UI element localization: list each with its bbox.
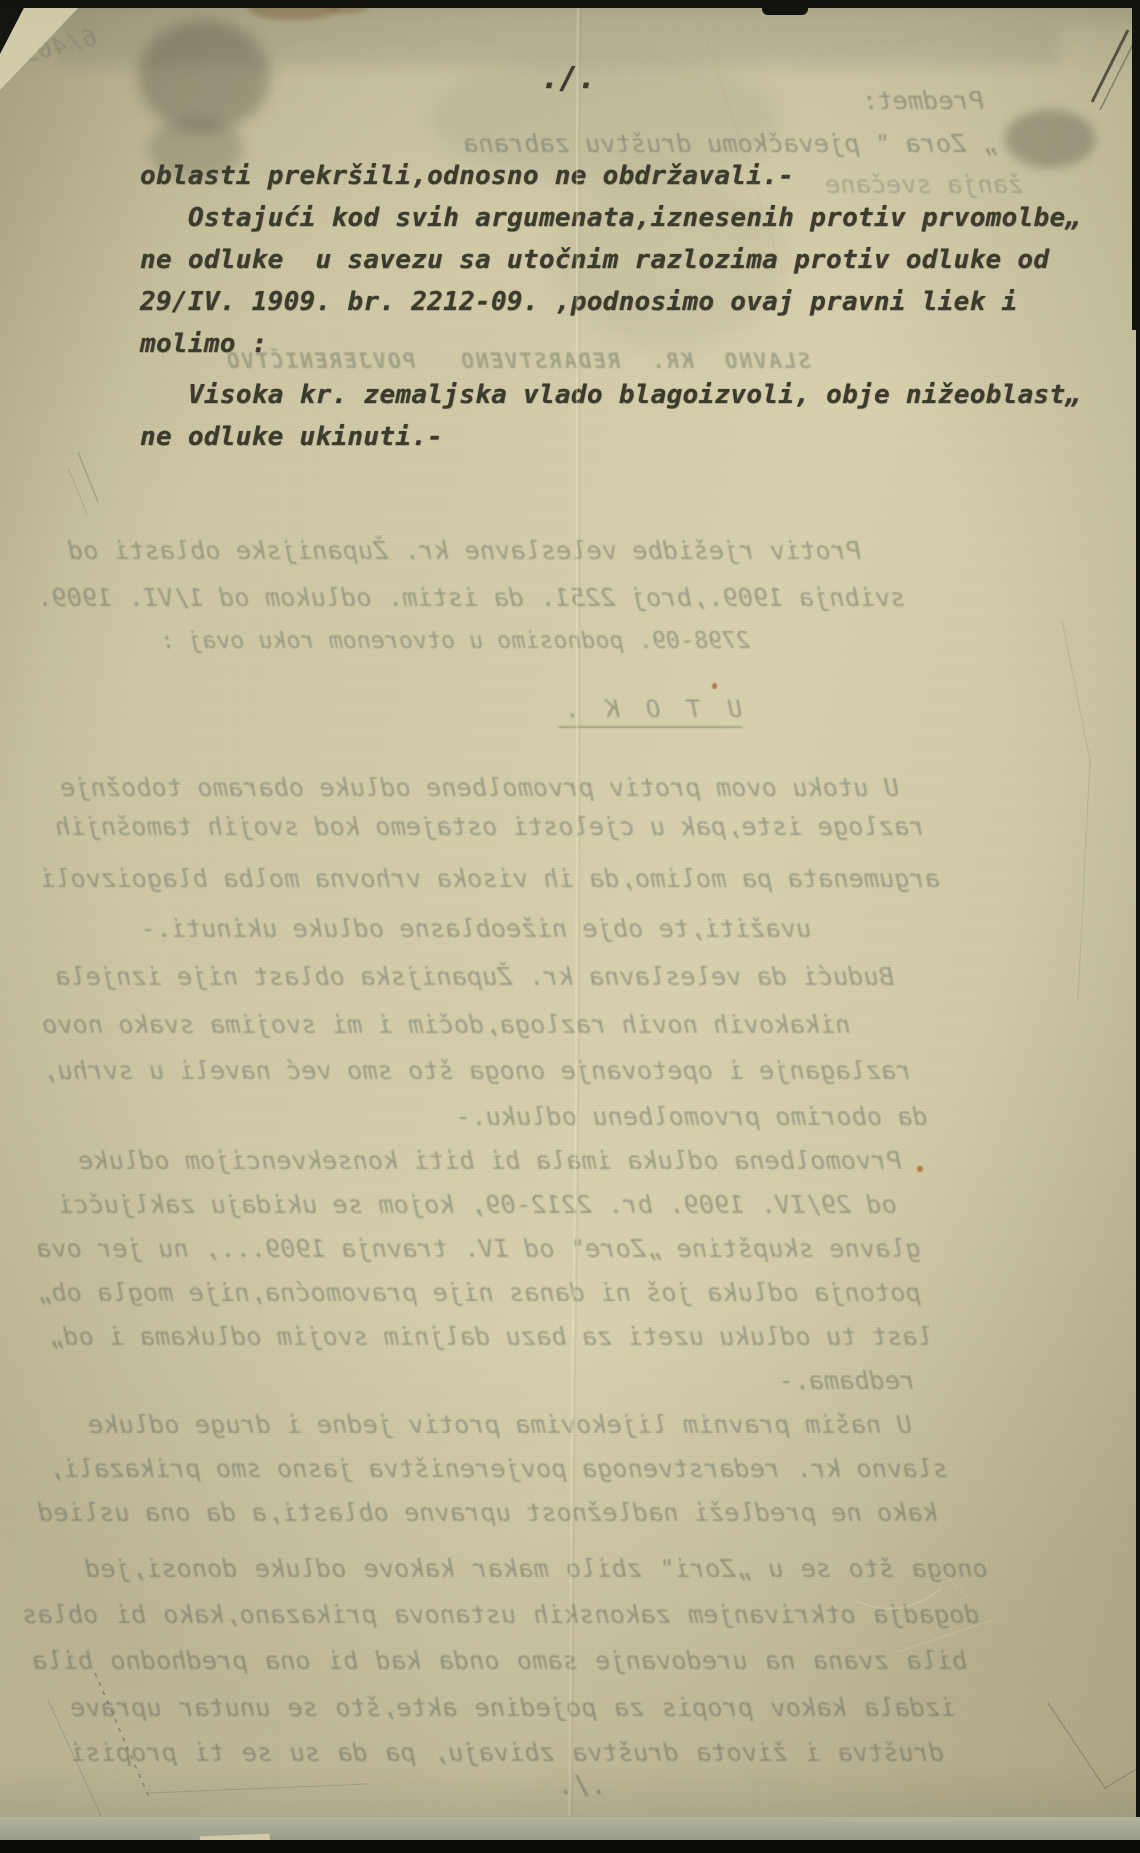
scanned-document-page: Predmet:„ Zora " pjevačkomu društvu zabr… — [0, 0, 1140, 1853]
scan-edge-right — [1136, 0, 1140, 1853]
scan-edge-top — [0, 0, 1140, 8]
paper-grain — [0, 0, 1140, 1853]
scan-edge-notch — [762, 0, 808, 15]
page-bottom-edge — [0, 1817, 1140, 1840]
scan-edge-bottom — [0, 1840, 1140, 1853]
